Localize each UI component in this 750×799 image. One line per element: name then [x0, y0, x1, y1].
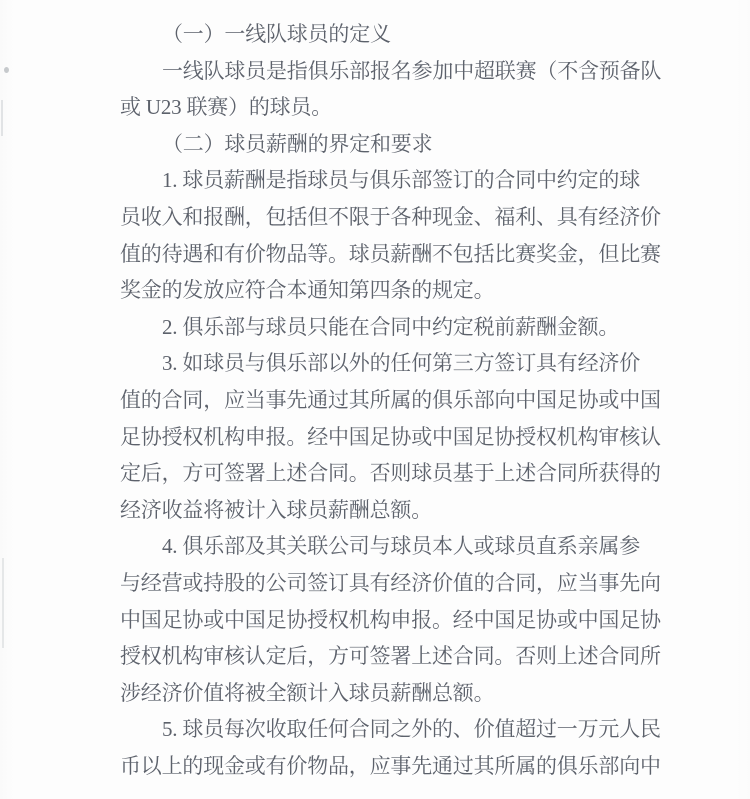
document-line: 值的待遇和有价物品等。球员薪酬不包括比赛奖金，但比赛 — [120, 236, 665, 273]
scan-artifact-streak — [1, 100, 3, 136]
section-heading: （二）球员薪酬的界定和要求 — [120, 126, 665, 163]
document-line: 币以上的现金或有价物品，应事先通过其所属的俱乐部向中 — [120, 748, 665, 785]
document-line: 员收入和报酬，包括但不限于各种现金、福利、具有经济价 — [120, 199, 665, 236]
document-line: 定后，方可签署上述合同。否则球员基于上述合同所获得的 — [120, 455, 665, 492]
document-line: 4. 俱乐部及其关联公司与球员本人或球员直系亲属参 — [120, 528, 665, 565]
document-line: 经济收益将被计入球员薪酬总额。 — [120, 492, 665, 529]
section-heading: （一）一线队球员的定义 — [120, 16, 665, 53]
document-line: 3. 如球员与俱乐部以外的任何第三方签订具有经济价 — [120, 345, 665, 382]
document-text-block: （一）一线队球员的定义 一线队球员是指俱乐部报名参加中超联赛（不含预备队 或 U… — [120, 16, 665, 784]
document-line: 授权机构审核认定后，方可签署上述合同。否则上述合同所 — [120, 638, 665, 675]
document-line: 涉经济价值将被全额计入球员薪酬总额。 — [120, 675, 665, 712]
document-line: 与经营或持股的公司签订具有经济价值的合同，应当事先向 — [120, 565, 665, 602]
document-line: 2. 俱乐部与球员只能在合同中约定税前薪酬金额。 — [120, 309, 665, 346]
document-line: 一线队球员是指俱乐部报名参加中超联赛（不含预备队 — [120, 53, 665, 90]
scanned-document-page: （一）一线队球员的定义 一线队球员是指俱乐部报名参加中超联赛（不含预备队 或 U… — [0, 0, 750, 799]
document-line: 足协授权机构申报。经中国足协或中国足协授权机构审核认 — [120, 419, 665, 456]
document-line: 1. 球员薪酬是指球员与俱乐部签订的合同中约定的球 — [120, 162, 665, 199]
document-line: 或 U23 联赛）的球员。 — [120, 89, 665, 126]
document-line: 值的合同，应当事先通过其所属的俱乐部向中国足协或中国 — [120, 382, 665, 419]
document-line: 5. 球员每次收取任何合同之外的、价值超过一万元人民 — [120, 711, 665, 748]
scan-artifact-dot — [4, 67, 9, 73]
document-line: 奖金的发放应符合本通知第四条的规定。 — [120, 272, 665, 309]
scan-artifact-streak — [2, 558, 4, 648]
document-line: 中国足协或中国足协授权机构申报。经中国足协或中国足协 — [120, 602, 665, 639]
